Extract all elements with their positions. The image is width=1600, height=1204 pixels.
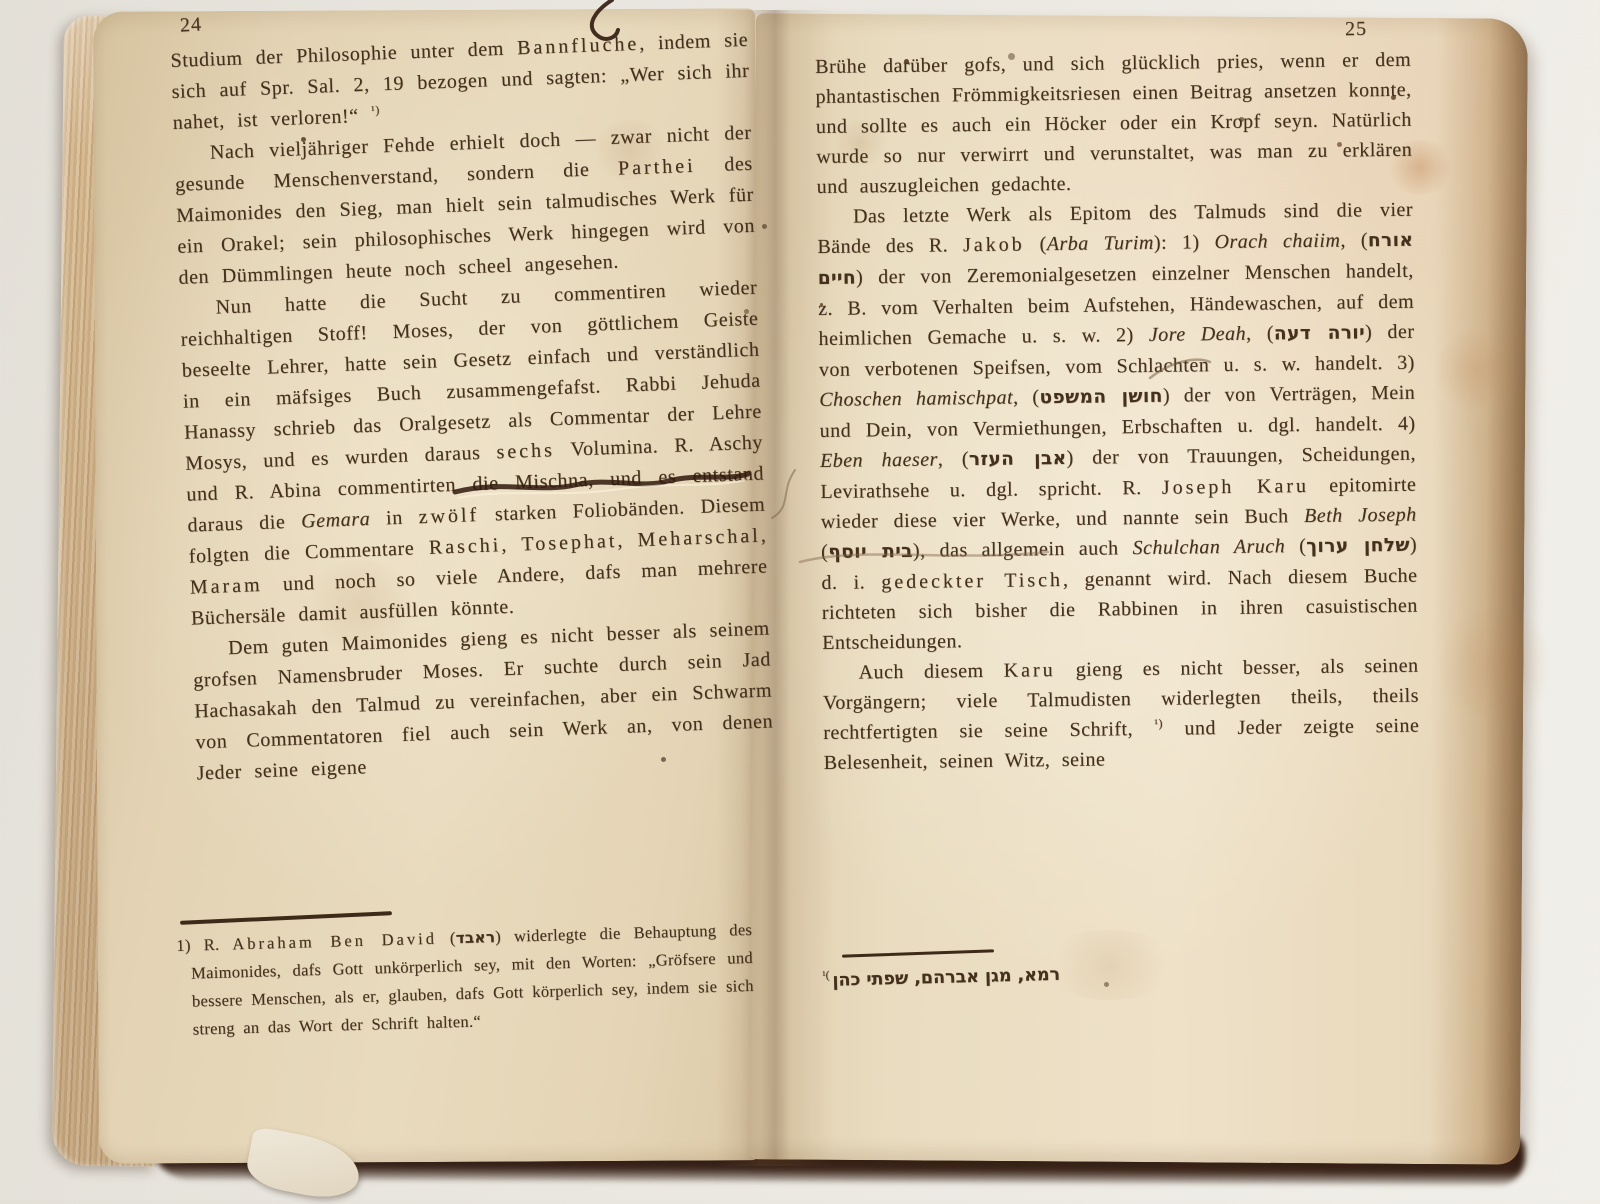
text-segment: ): 1) — [1154, 231, 1215, 254]
paragraph: Brühe darüber gofs, und sich glücklich p… — [815, 45, 1413, 202]
text-segment: , ( — [1013, 386, 1040, 408]
paragraph: Auch diesem Karu gieng es nicht besser, … — [822, 651, 1419, 778]
text-segment: ( — [437, 928, 456, 948]
left-page-text: Studium der Philosophie unter dem Bannfl… — [170, 25, 775, 790]
text-segment: ¹) — [371, 103, 380, 117]
paragraph: Nun hatte die Sucht zu commentiren wiede… — [179, 273, 769, 635]
text-segment: ), das allgemein auch — [913, 537, 1133, 562]
text-segment: , — [760, 524, 766, 546]
left-page-footnote: 1) R. Abraham Ben David (ראבד) widerlegt… — [176, 916, 755, 1044]
text-segment: Meharschal — [637, 525, 761, 552]
text-segment: Parthei — [618, 155, 696, 180]
text-segment: ¹) — [1154, 716, 1163, 730]
text-segment: Auch diesem — [858, 660, 1003, 684]
text-segment: Choschen hamischpat — [819, 387, 1013, 411]
text-segment: , ( — [938, 448, 969, 470]
text-segment: רמא, מגן אברהם, שפתי כהן — [832, 965, 1060, 991]
ink-specks — [0, 0, 3, 3]
text-segment: zwölf — [418, 504, 479, 528]
text-segment: Arba Turim — [1047, 232, 1154, 255]
text-segment: Karu — [1004, 659, 1056, 682]
text-segment: Abraham Ben David — [232, 929, 437, 954]
text-segment: 1) R. — [176, 934, 233, 955]
text-segment: Jore Deah — [1149, 323, 1247, 346]
text-segment: בית יוסף — [828, 541, 913, 563]
text-segment: Dem guten Maimonides gieng es nicht bess… — [193, 617, 774, 784]
paragraph: Nach vieljähriger Fehde erhielt doch — z… — [173, 118, 756, 294]
paragraph: Dem guten Maimonides gieng es nicht bess… — [192, 613, 775, 789]
text-segment: Eben haeser — [820, 449, 938, 472]
text-segment: חושן המשפט — [1039, 386, 1163, 409]
text-segment: sechs — [496, 439, 555, 463]
text-segment: ( — [1025, 233, 1047, 255]
text-segment: Schulchan Aruch — [1132, 535, 1285, 559]
text-segment: ¹( — [822, 969, 832, 981]
text-segment: Jakob — [963, 233, 1025, 256]
text-segment: Maram — [189, 574, 263, 599]
paragraph: 1) R. Abraham Ben David (ראבד) widerlegt… — [176, 916, 755, 1044]
right-page-text: Brühe darüber gofs, und sich glücklich p… — [815, 45, 1420, 778]
text-segment: gedeckter Tisch — [881, 569, 1063, 593]
text-segment: Tosephat — [521, 530, 618, 556]
text-segment: ראבד — [455, 928, 495, 947]
text-segment: שלחן ערוך — [1306, 535, 1410, 557]
text-segment: Orach chaiim — [1214, 230, 1340, 254]
text-segment: , — [617, 529, 638, 552]
text-segment: Brühe darüber gofs, und sich glücklich p… — [815, 49, 1412, 198]
text-segment: אבן העזר — [969, 448, 1067, 470]
text-segment: , — [501, 533, 522, 556]
text-segment: Bannfluche — [517, 33, 640, 59]
text-segment: , ( — [1340, 229, 1368, 251]
text-segment: Beth Joseph — [1304, 504, 1417, 527]
paragraph: Das letzte Werk als Epitom des Talmuds s… — [817, 195, 1419, 658]
page-number-left: 24 — [179, 13, 202, 37]
text-segment: , ( — [1246, 322, 1274, 344]
text-segment: in — [370, 506, 419, 530]
text-segment: יורה דעה — [1274, 322, 1365, 344]
photo-scene: 24 25 Studium der Philosophie unter dem … — [0, 0, 1600, 1200]
text-segment: ( — [1285, 535, 1306, 557]
text-segment: Raschi — [428, 534, 501, 559]
page-number-right: 25 — [1345, 18, 1367, 41]
text-segment: Joseph Karu — [1162, 475, 1309, 499]
text-segment: Gemara — [301, 508, 371, 533]
